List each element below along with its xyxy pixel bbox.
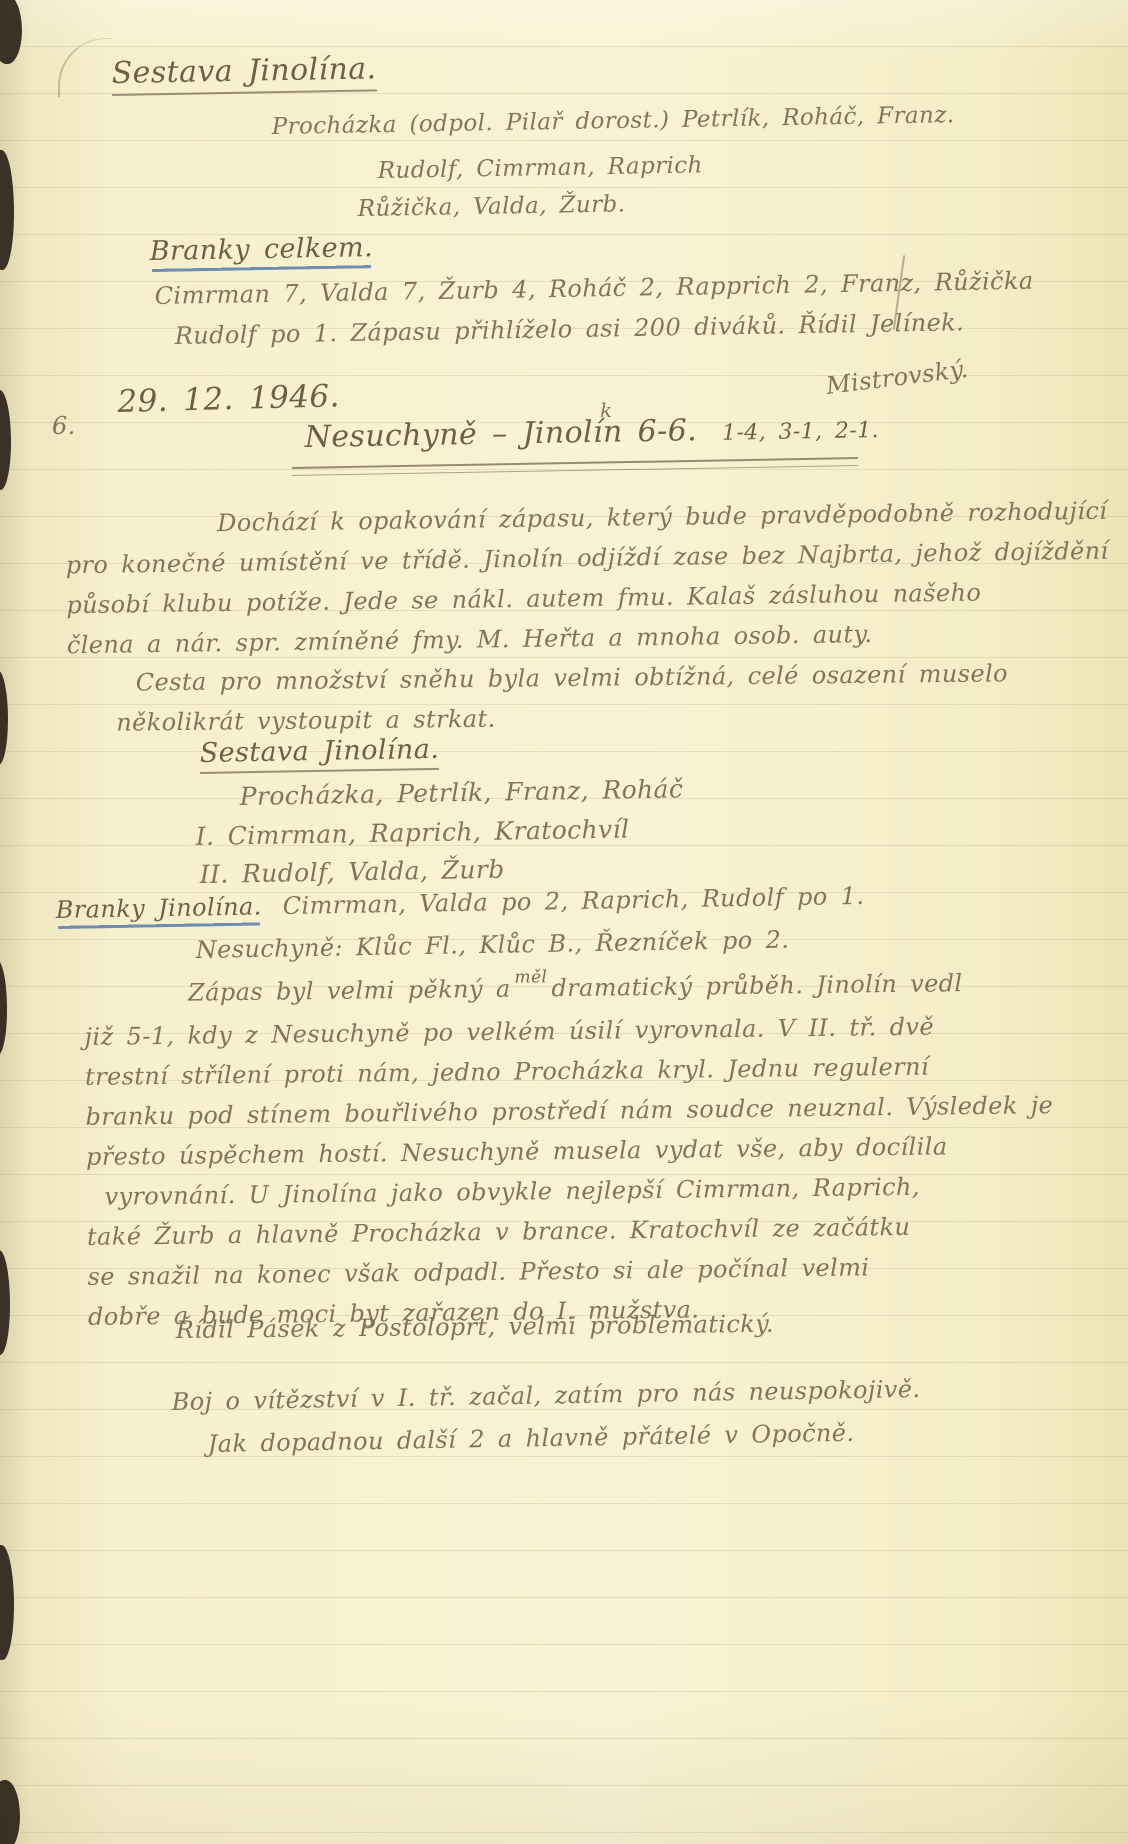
prev-goals-heading-text: Branky celkem.	[149, 232, 373, 269]
margin-page-number: 6.	[52, 412, 76, 440]
prev-lineup-line: Růžička, Valda, Žurb.	[358, 191, 626, 222]
match-goals-label: Branky Jinolína.	[56, 892, 262, 926]
page-edge-mark	[0, 1250, 10, 1355]
paragraph-line: několikrát vystoupit a strkat.	[116, 693, 1009, 742]
prev-goals-line: Cimrman 7, Valda 7, Žurb 4, Roháč 2, Rap…	[155, 267, 1034, 310]
page-edge-mark	[0, 150, 14, 270]
pencil-corner-arc	[58, 38, 112, 97]
inserted-letter: k	[600, 398, 613, 422]
page-edge-mark	[0, 0, 22, 64]
intro-paragraph: Dochází k opakování zápasu, který bude p…	[65, 491, 1110, 666]
journey-paragraph: Cesta pro množství sněhu byla velmi obtí…	[116, 653, 1009, 742]
match-title-line: Nesuchyně – Jinolín 6-6. 1-4, 3-1, 2-1.	[304, 410, 879, 455]
closing-line: Boj o vítězství v I. tř. začal, zatím pr…	[172, 1375, 921, 1416]
match-title-underline	[292, 457, 858, 476]
report-line1-post: dramatický průběh. Jinolín vedl	[551, 969, 962, 1002]
match-date: 29. 12. 1946.	[117, 378, 340, 420]
opponent-goals-line: Nesuchyně: Klůc Fl., Klůc B., Řezníček p…	[196, 926, 790, 964]
closing-line: Jak dopadnou další 2 a hlavně přátelé v …	[208, 1419, 855, 1458]
prev-goals-line: Rudolf po 1. Zápasu přihlíželo asi 200 d…	[175, 308, 965, 350]
match-lineup-line: Procházka, Petrlík, Franz, Roháč	[239, 774, 683, 811]
match-partial-scores: 1-4, 3-1, 2-1.	[722, 418, 879, 446]
match-type: Mistrovský.	[825, 355, 970, 400]
page-edge-mark	[0, 960, 7, 1055]
match-goals-text: Cimrman, Valda po 2, Raprich, Rudolf po …	[282, 882, 864, 920]
report-line1-pre: Zápas byl velmi pěkný a	[84, 975, 511, 1008]
match-lineup-heading-text: Sestava Jinolína.	[199, 734, 439, 774]
match-lineup-heading: Sestava Jinolína.	[199, 734, 439, 769]
notebook-page: Sestava Jinolína. Procházka (odpol. Pila…	[0, 0, 1128, 1844]
match-lineup-line: I. Cimrman, Raprich, Kratochvíl	[195, 814, 629, 851]
prev-lineup-heading-text: Sestava Jinolína.	[111, 51, 376, 96]
match-title: Nesuchyně – Jinolín 6-6.	[304, 413, 697, 455]
prev-lineup-line: Rudolf, Cimrman, Raprich	[378, 152, 703, 184]
prev-lineup-line: Procházka (odpol. Pilař dorost.) Petrlík…	[272, 102, 955, 140]
inserted-word: měl	[514, 967, 547, 987]
page-edge-mark	[0, 670, 8, 765]
match-goals-line: Branky Jinolína. Cimrman, Valda po 2, Ra…	[56, 882, 865, 924]
prev-lineup-heading: Sestava Jinolína.	[111, 51, 376, 91]
report-paragraph: Zápas byl velmi pěkný aměldramatický prů…	[84, 962, 1056, 1337]
page-edge-mark	[0, 390, 11, 490]
page-edge-mark	[0, 1545, 14, 1660]
prev-goals-heading: Branky celkem.	[149, 232, 373, 267]
page-edge-mark	[0, 1780, 20, 1844]
match-lineup-line: II. Rudolf, Valda, Žurb	[199, 855, 504, 889]
referee-note: Řídil Pásek z Postoloprt, velmi problema…	[176, 1310, 774, 1344]
